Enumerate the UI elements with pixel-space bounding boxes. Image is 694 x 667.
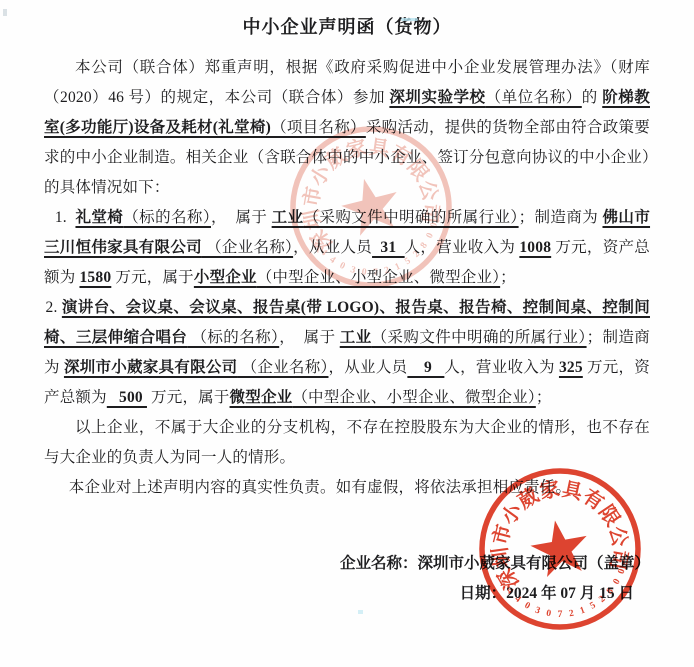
declaration-document-page: 中小企业声明函（货物） 本公司（联合体）郑重声明，根据《政府采购促进中小企业发展…: [0, 0, 694, 667]
text-run: 小型企业: [194, 269, 257, 286]
text-run: （项目名称）: [271, 119, 366, 136]
text-run: 工业: [272, 209, 304, 226]
text-run: （中型企业、小型企业、微型企业）: [292, 389, 535, 406]
paragraph-intro: 本公司（联合体）郑重声明，根据《政府采购促进中小企业发展管理办法》（财库（202…: [44, 53, 650, 203]
text-run: （企业名称）: [237, 359, 328, 376]
text-run: 工业: [340, 329, 372, 346]
text-run: 人，营业收入为: [405, 239, 520, 256]
paragraph-item-2: 2. 演讲台、会议桌、会议桌、报告桌(带 LOGO)、报告桌、报告椅、控制间桌、…: [44, 293, 650, 413]
scan-artifact: [358, 610, 363, 614]
text-run: 本企业对上述声明内容的真实性负责。如有虚假，将依法承担相应责任。: [69, 479, 571, 496]
text-run: ；: [536, 389, 552, 406]
document-content: 中小企业声明函（货物） 本公司（联合体）郑重声明，根据《政府采购促进中小企业发展…: [0, 0, 694, 609]
text-run: 以上企业，不属于大企业的分支机构，不存在控股股东为大企业的情形，也不存在与大企业…: [44, 419, 650, 466]
text-run: ；: [500, 269, 516, 286]
text-run: 500: [107, 389, 147, 406]
signature-block: 企业名称：深圳市小葳家具有限公司（盖章） 日期：2024 年 07 月 15 日: [44, 549, 650, 609]
page-title: 中小企业声明函（货物）: [44, 14, 650, 40]
text-run: （单位名称）: [486, 89, 582, 106]
text-run: ， 属于: [211, 209, 272, 226]
paragraph-responsibility: 本企业对上述声明内容的真实性负责。如有虚假，将依法承担相应责任。: [44, 473, 650, 503]
text-run: 深圳市小葳家具有限公司: [64, 359, 238, 376]
text-run: （标的名称）: [123, 209, 211, 226]
text-run: ，从业人员: [329, 359, 408, 376]
text-run: 31: [372, 239, 405, 256]
scan-artifact: [401, 18, 418, 21]
scan-artifact: [3, 9, 7, 16]
paragraph-no-large-enterprise: 以上企业，不属于大企业的分支机构，不存在控股股东为大企业的情形，也不存在与大企业…: [44, 413, 650, 473]
text-run: 万元，属于: [111, 269, 194, 286]
text-run: （中型企业、小型企业、微型企业）: [257, 269, 500, 286]
text-run: （采购文件中明确的所属行业）: [303, 209, 518, 226]
text-run: 2.: [46, 299, 62, 316]
text-run: ；制造商为: [519, 209, 603, 226]
paragraph-item-1: 1. 礼堂椅（标的名称）， 属于 工业（采购文件中明确的所属行业）；制造商为 佛…: [44, 203, 650, 293]
svg-text:0: 0: [545, 609, 552, 620]
text-run: 1.: [55, 209, 76, 226]
text-run: ， 属于: [279, 329, 340, 346]
document-paragraphs: 本公司（联合体）郑重声明，根据《政府采购促进中小企业发展管理办法》（财库（202…: [44, 53, 650, 503]
signature-company-line: 企业名称：深圳市小葳家具有限公司（盖章）: [44, 549, 650, 579]
text-run: 礼堂椅: [75, 209, 123, 226]
text-run: （企业名称）: [202, 239, 293, 256]
text-run: （标的名称）: [187, 329, 279, 346]
svg-text:7: 7: [558, 610, 563, 620]
text-run: 微型企业: [230, 389, 293, 406]
text-run: 人，营业收入为: [444, 359, 559, 376]
text-run: ，从业人员: [293, 239, 372, 256]
text-run: 325: [559, 359, 583, 376]
signature-date-line: 日期：2024 年 07 月 15 日: [44, 579, 650, 609]
svg-text:2: 2: [568, 609, 575, 620]
text-run: 的: [582, 89, 602, 106]
text-run: 深圳实验学校: [389, 89, 485, 106]
text-run: 1580: [79, 269, 111, 286]
text-run: 9: [407, 359, 444, 376]
text-run: 1008: [519, 239, 551, 256]
text-run: （采购文件中明确的所属行业）: [372, 329, 587, 346]
text-run: 万元，属于: [147, 389, 230, 406]
